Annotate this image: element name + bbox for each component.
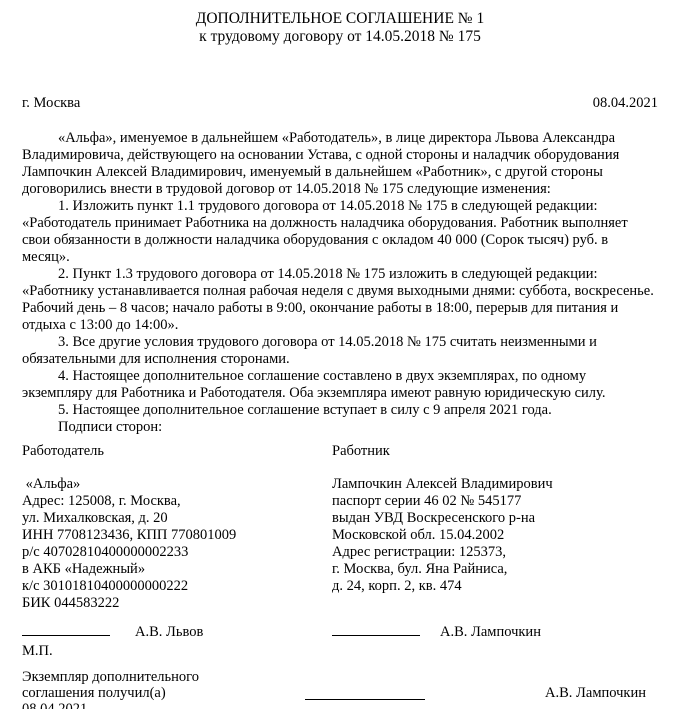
receipt-signature-name: А.В. Лампочкин: [545, 685, 658, 702]
paragraph-intro: «Альфа», именуемое в дальнейшем «Работод…: [22, 130, 658, 198]
employer-detail-line: ул. Михалковская, д. 20: [22, 510, 332, 527]
employer-detail-line: в АКБ «Надежный»: [22, 561, 332, 578]
employee-details: Лампочкин Алексей Владимирович паспорт с…: [332, 476, 658, 622]
employer-signature-name: А.В. Львов: [135, 624, 203, 640]
city-label: г. Москва: [22, 95, 80, 112]
employee-role-label: Работник: [332, 443, 658, 460]
employer-detail-line: ИНН 7708123436, КПП 770801009: [22, 527, 332, 544]
paragraph-clause-2: 2. Пункт 1.3 трудового договора от 14.05…: [22, 266, 658, 334]
date-label: 08.04.2021: [593, 95, 658, 112]
paragraph-clause-1: 1. Изложить пункт 1.1 трудового договора…: [22, 198, 658, 266]
receipt-text: Экземпляр дополнительного соглашения пол…: [22, 669, 305, 709]
employee-detail-line: д. 24, корп. 2, кв. 474: [332, 578, 658, 595]
meta-row: г. Москва 08.04.2021: [22, 95, 658, 112]
paragraph-clause-5: 5. Настоящее дополнительное соглашение в…: [22, 402, 658, 419]
agreement-document: ДОПОЛНИТЕЛЬНОЕ СОГЛАШЕНИЕ № 1 к трудовом…: [0, 0, 682, 709]
signature-columns: Работодатель «Альфа» Адрес: 125008, г. М…: [22, 443, 658, 660]
employee-detail-line: г. Москва, бул. Яна Райниса,: [332, 561, 658, 578]
employer-detail-line: «Альфа»: [22, 476, 332, 493]
employee-column: Работник Лампочкин Алексей Владимирович …: [332, 443, 658, 660]
paragraph-clause-3: 3. Все другие условия трудового договора…: [22, 334, 658, 368]
employee-detail-line: паспорт серии 46 02 № 545177: [332, 493, 658, 510]
receipt-row: Экземпляр дополнительного соглашения пол…: [22, 669, 658, 709]
document-body: «Альфа», именуемое в дальнейшем «Работод…: [22, 130, 658, 436]
employer-detail-line: к/с 30101810400000000222: [22, 578, 332, 595]
employee-detail-line: Московской обл. 15.04.2002: [332, 527, 658, 544]
employer-signature-row: А.В. Львов: [22, 622, 332, 641]
employer-column: Работодатель «Альфа» Адрес: 125008, г. М…: [22, 443, 332, 660]
employee-signature-row: А.В. Лампочкин: [332, 622, 658, 641]
employer-detail-line: р/с 40702810400000002233: [22, 544, 332, 561]
employer-details: «Альфа» Адрес: 125008, г. Москва, ул. Ми…: [22, 476, 332, 622]
paragraph-clause-4: 4. Настоящее дополнительное соглашение с…: [22, 368, 658, 402]
employer-detail-line: БИК 044583222: [22, 595, 332, 612]
document-title: ДОПОЛНИТЕЛЬНОЕ СОГЛАШЕНИЕ № 1: [22, 10, 658, 28]
employee-signature-name: А.В. Лампочкин: [440, 624, 541, 640]
document-header: ДОПОЛНИТЕЛЬНОЕ СОГЛАШЕНИЕ № 1 к трудовом…: [22, 10, 658, 46]
document-subtitle: к трудовому договору от 14.05.2018 № 175: [22, 28, 658, 46]
receipt-signature-line: [305, 686, 425, 700]
receipt-line-2: соглашения получил(а): [22, 685, 305, 701]
employee-detail-line: Адрес регистрации: 125373,: [332, 544, 658, 561]
stamp-label: М.П.: [22, 643, 332, 660]
employer-signature-line: [22, 622, 110, 636]
employer-detail-line: Адрес: 125008, г. Москва,: [22, 493, 332, 510]
receipt-line-1: Экземпляр дополнительного: [22, 669, 305, 685]
employee-detail-line: Лампочкин Алексей Владимирович: [332, 476, 658, 493]
employee-signature-line: [332, 622, 420, 636]
employer-role-label: Работодатель: [22, 443, 332, 460]
signatures-heading: Подписи сторон:: [22, 419, 658, 436]
receipt-date: 08.04.2021: [22, 701, 305, 709]
employee-detail-line: выдан УВД Воскресенского р-на: [332, 510, 658, 527]
